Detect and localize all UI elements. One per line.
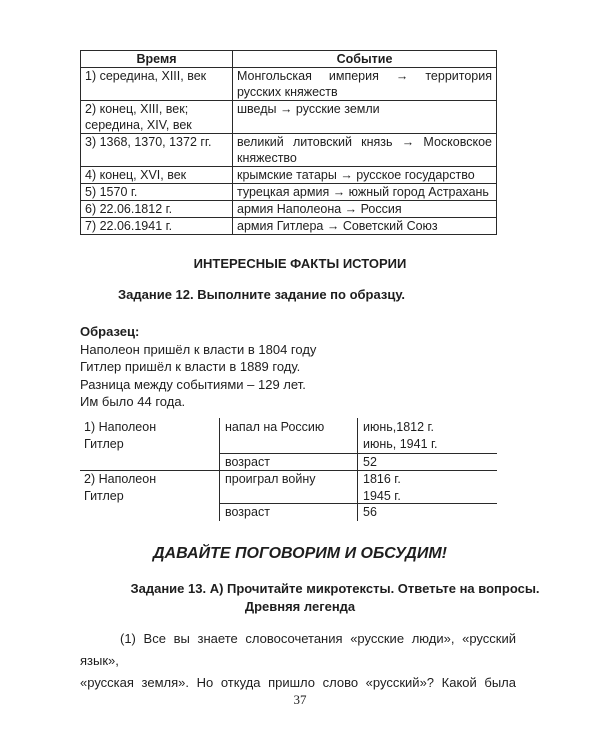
section-title-interesting-facts: ИНТЕРЕСНЫЕ ФАКТЫ ИСТОРИИ [0,256,600,271]
date-napoleon: июнь,1812 г. [363,419,438,436]
name-napoleon: 2) Наполеон [84,471,156,488]
date-napoleon: 1816 г. [363,471,401,488]
name-hitler: Гитлер [84,488,156,505]
event-cell: напал на Россию [225,419,324,436]
time-cell: 5) 1570 г. [81,184,233,201]
table-row: 7) 22.06.1941 г. армия Гитлера → Советск… [81,218,497,235]
table-header-row: Время Событие [81,51,497,68]
sample-line: Разница между событиями – 129 лет. [80,376,316,394]
event-cell: великий литовский князь → Московское кня… [233,134,497,167]
task-12-heading: Задание 12. Выполните задание по образцу… [118,287,405,302]
paragraph-line: «русская земля». Но откуда пришло слово … [80,672,516,694]
names-cell: 1) Наполеон Гитлер [84,419,156,452]
table-row: 3) 1368, 1370, 1372 гг. великий литовски… [81,134,497,167]
names-cell: 2) Наполеон Гитлер [84,471,156,504]
age-value: 52 [363,454,377,471]
paragraph-1: (1) Все вы знаете словосочетания «русски… [80,628,516,694]
comparison-table: 1) Наполеон Гитлер напал на Россию июнь,… [80,418,497,522]
event-cell: армия Гитлера → Советский Союз [233,218,497,235]
sample-label: Образец: [80,323,316,341]
name-hitler: Гитлер [84,436,156,453]
event-cell: проиграл войну [225,471,315,488]
date-hitler: июнь, 1941 г. [363,436,438,453]
time-cell: 7) 22.06.1941 г. [81,218,233,235]
sample-line: Им было 44 года. [80,393,316,411]
event-cell: шведы → русские земли [233,101,497,134]
date-hitler: 1945 г. [363,488,401,505]
age-value: 56 [363,504,377,521]
header-event: Событие [233,51,497,68]
sample-line: Гитлер пришёл к власти в 1889 году. [80,358,316,376]
header-time: Время [81,51,233,68]
time-cell: 3) 1368, 1370, 1372 гг. [81,134,233,167]
age-label: возраст [225,504,270,521]
event-cell: Монгольская империя → территория русских… [233,68,497,101]
table-row: 4) конец, XVI, век крымские татары → рус… [81,167,497,184]
paragraph-line: (1) Все вы знаете словосочетания «русски… [80,628,516,672]
legend-title: Древняя легенда [0,598,600,616]
task-13-instruction: Задание 13. А) Прочитайте микротексты. О… [0,580,600,598]
sample-block: Образец: Наполеон пришёл к власти в 1804… [80,323,316,411]
time-cell: 4) конец, XVI, век [81,167,233,184]
table-row: 5) 1570 г. турецкая армия → южный город … [81,184,497,201]
dates-cell: 1816 г. 1945 г. [363,471,401,504]
age-label: возраст [225,454,270,471]
section-title-discussion: ДАВАЙТЕ ПОГОВОРИМ И ОБСУДИМ! [0,545,600,563]
table-row: 2) конец, XIII, век; середина, XIV, век … [81,101,497,134]
event-cell: крымские татары → русское государство [233,167,497,184]
table-row: 6) 22.06.1812 г. армия Наполеона → Росси… [81,201,497,218]
time-cell: 1) середина, XIII, век [81,68,233,101]
page-number: 37 [0,692,600,708]
event-cell: армия Наполеона → Россия [233,201,497,218]
task-13-heading: Задание 13. А) Прочитайте микротексты. О… [0,580,600,616]
table-row: 1) середина, XIII, век Монгольская импер… [81,68,497,101]
time-cell: 2) конец, XIII, век; середина, XIV, век [81,101,233,134]
time-cell: 6) 22.06.1812 г. [81,201,233,218]
sample-line: Наполеон пришёл к власти в 1804 году [80,341,316,359]
event-cell: турецкая армия → южный город Астрахань [233,184,497,201]
dates-cell: июнь,1812 г. июнь, 1941 г. [363,419,438,452]
name-napoleon: 1) Наполеон [84,419,156,436]
paragraph-text: (1) Все вы знаете словосочетания «русски… [80,631,516,668]
document-page: { "events_table": { "headers": ["Время",… [0,0,600,750]
events-table: Время Событие 1) середина, XIII, век Мон… [80,50,497,235]
